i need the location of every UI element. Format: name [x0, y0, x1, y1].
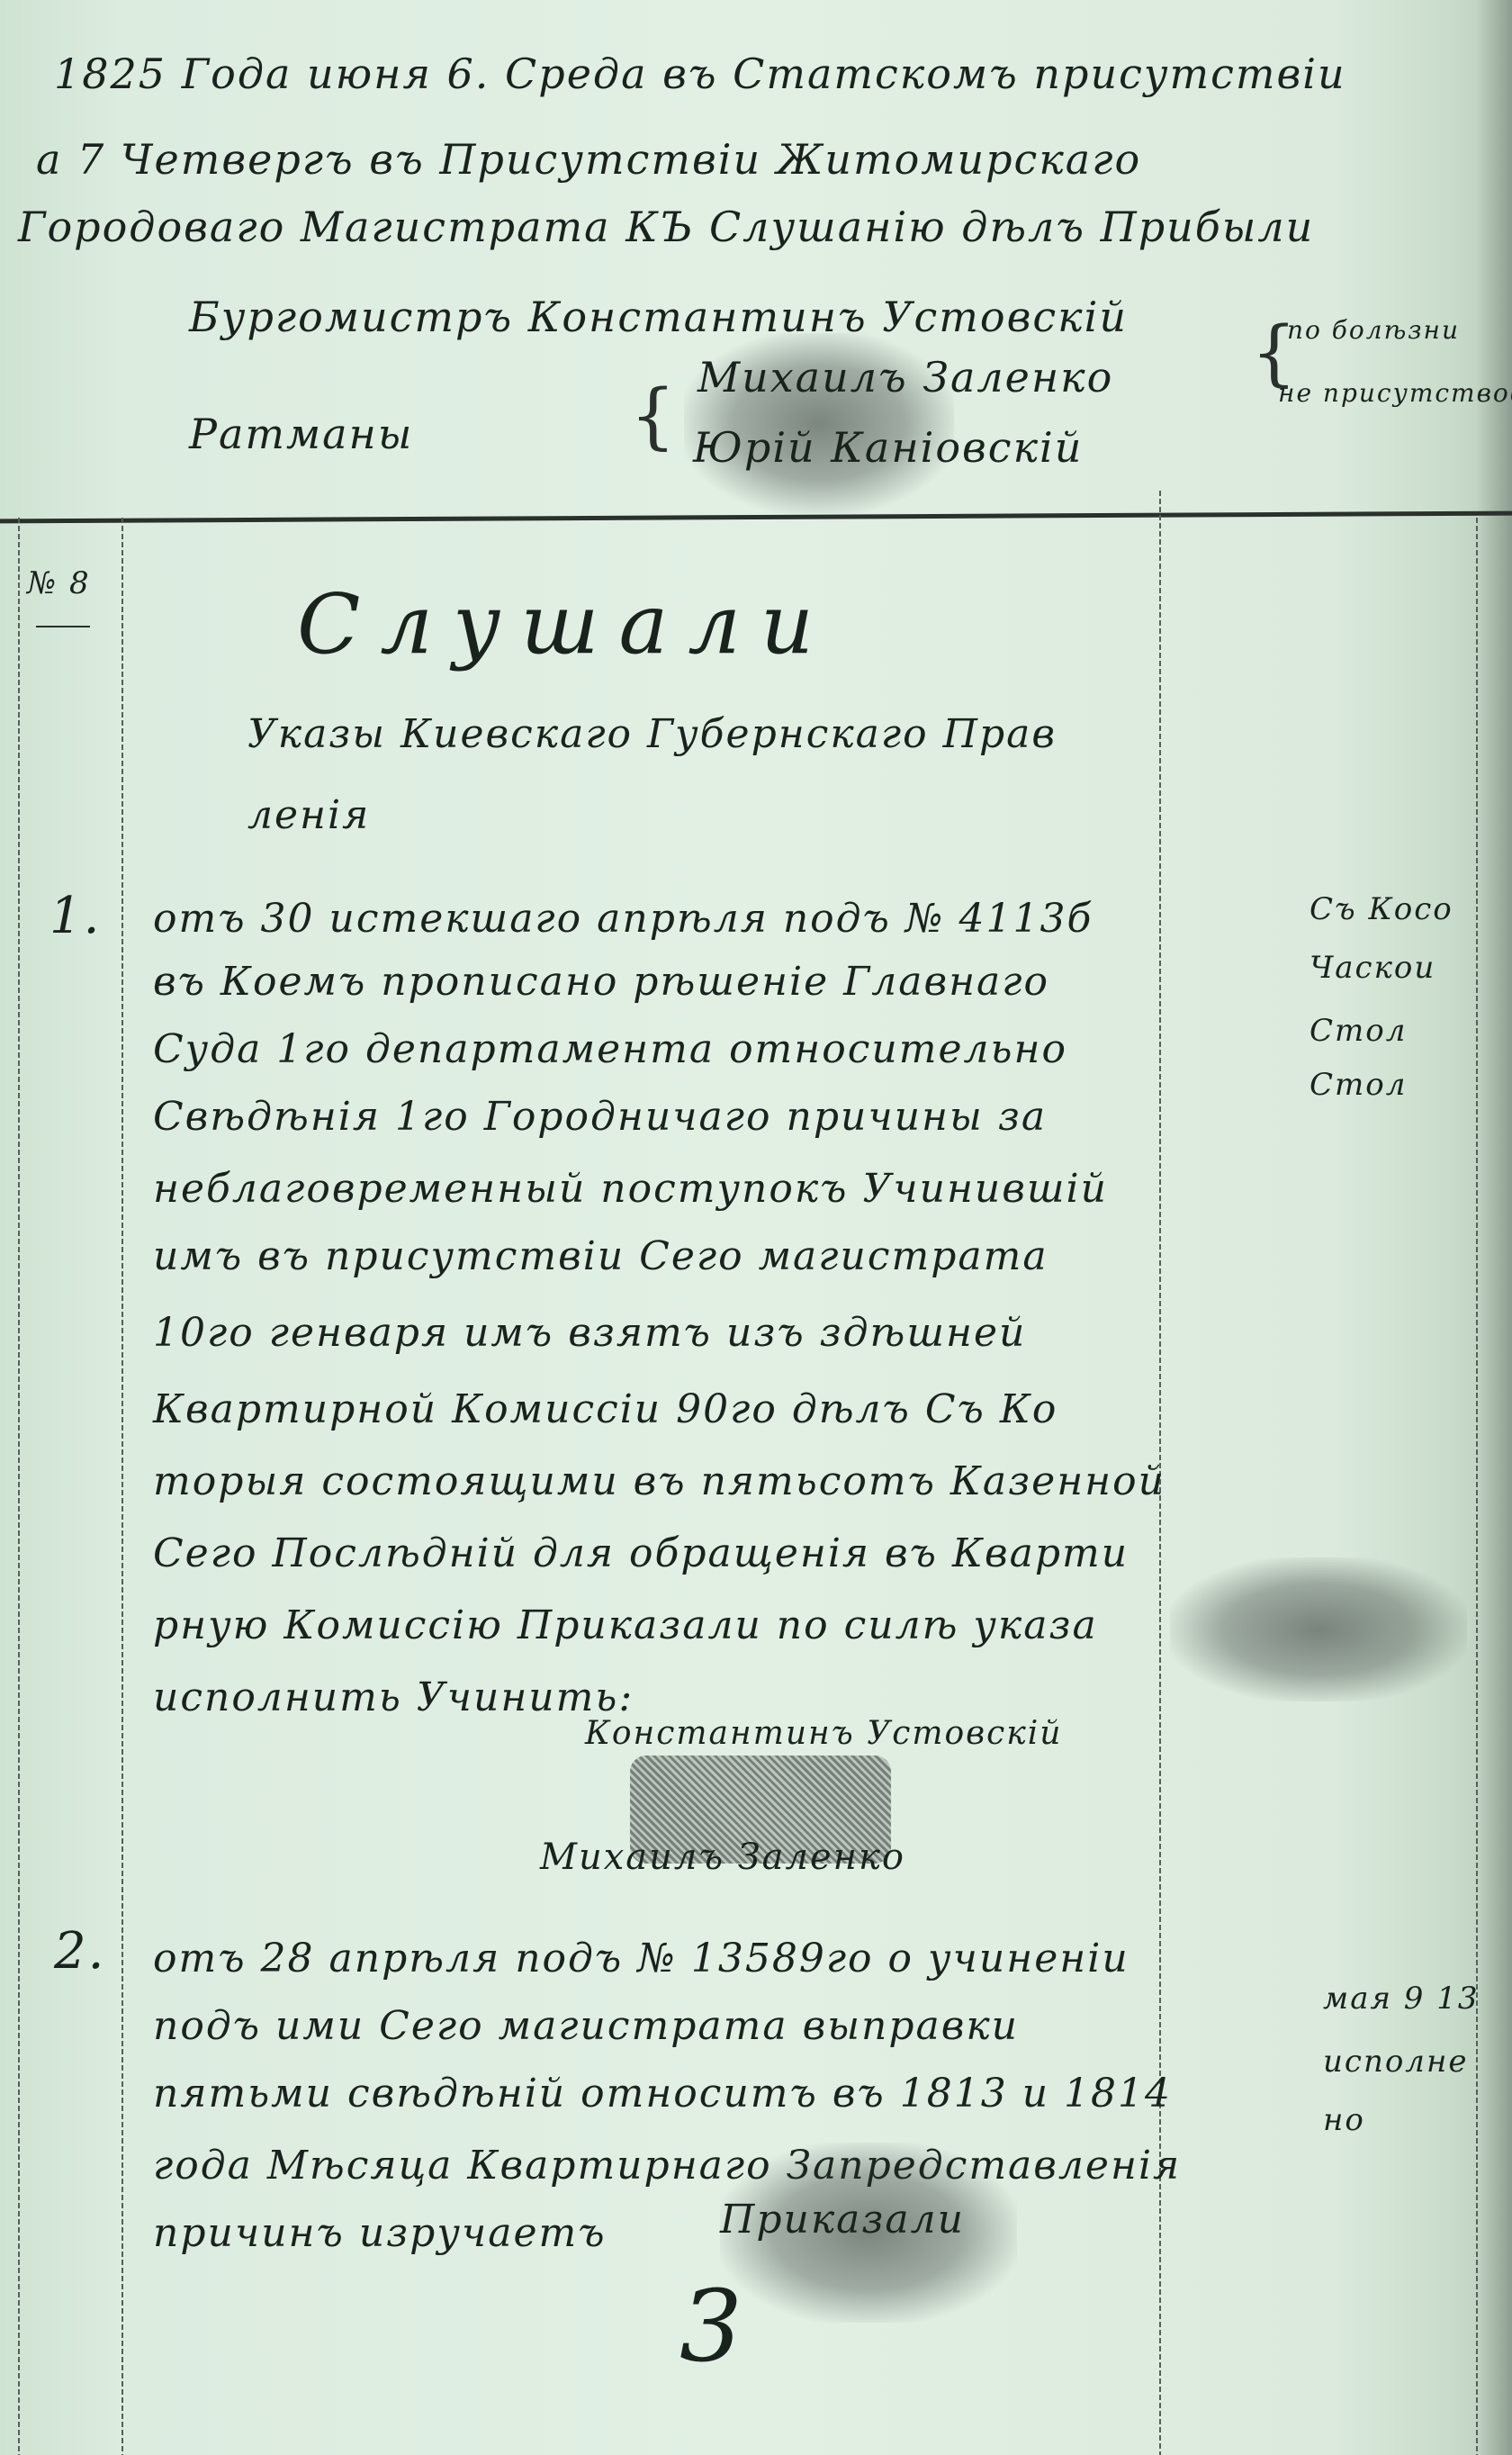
item-1-line: исполнить Учинить: — [153, 1674, 634, 1720]
item-1-line: 10го генваря имъ взятъ изъ здѣшней — [153, 1310, 1026, 1356]
left-brace: { — [630, 374, 678, 457]
item-1-line: Суда 1го департамента относительно — [153, 1026, 1067, 1072]
item-2-line: пятьми свѣдѣній относитъ въ 1813 и 1814 — [153, 2071, 1172, 2117]
entry-marker-underline — [36, 626, 90, 627]
section-title: Слушали — [297, 576, 833, 672]
item-2-margin-note: мая 9 13 — [1323, 1981, 1479, 2017]
header-line-1: 1825 Года июня 6. Среда въ Статскомъ при… — [54, 50, 1346, 98]
ratmans-label: Ратманы — [189, 410, 413, 458]
item-2-line: года Мѣсяца Квартирнаго Запредставленія — [153, 2143, 1181, 2189]
item-1-line: имъ въ присутствіи Сего магистрата — [153, 1233, 1048, 1279]
item-1-signature: Константинъ Устовскій — [585, 1715, 1063, 1752]
header-line-3: Городоваго Магистрата КЪ Слушанію дѣлъ П… — [18, 203, 1314, 251]
item-1-line: отъ 30 истекшаго апрѣля подъ № 4113б — [153, 896, 1093, 942]
item-1-line: рную Комиссію Приказали по силѣ указа — [153, 1602, 1098, 1648]
item-2-line: причинъ изручаетъ — [153, 2210, 607, 2256]
bracket-note-1: по болѣзни — [1287, 315, 1460, 345]
item-1-margin-note: Часкои — [1309, 950, 1435, 986]
bracket-note-2: не присутствовалъ — [1278, 378, 1512, 408]
item-2-margin-note: но — [1323, 2102, 1365, 2138]
page-edge-shadow — [1476, 0, 1512, 2455]
ink-stamp — [1170, 1557, 1467, 1701]
burgomaster-line: Бургомистръ Константинъ Устовскій — [189, 293, 1128, 341]
item-2-line: подъ ими Сего магистрата выправки — [153, 2003, 1019, 2049]
item-1-line: Квартирной Комиссіи 90го дѣлъ Съ Ко — [153, 1386, 1057, 1432]
column-rule-right — [1476, 518, 1478, 2455]
item-2-line: отъ 28 апрѣля подъ № 13589го о учиненіи — [153, 1936, 1129, 1981]
item-1-line: Сего Послѣдній для обращенія въ Кварти — [153, 1530, 1129, 1576]
subtitle-line-2: ленія — [247, 792, 370, 838]
item-1-line: торыя состоящими въ пятьсотъ Казенной — [153, 1458, 1165, 1504]
item-1-number: 1. — [49, 887, 101, 945]
folio-mark: 3 — [679, 2269, 744, 2384]
item-1-signature: Михаилъ Заленко — [540, 1837, 905, 1878]
subtitle-line-1: Указы Киевскаго Губернскаго Прав — [247, 711, 1057, 757]
item-1-line: Свѣдѣнія 1го Городничаго причины за — [153, 1094, 1047, 1140]
column-rule-left — [18, 518, 20, 2455]
header-line-2: а 7 Четвергъ въ Присутствіи Житомирскаго — [36, 135, 1141, 184]
entry-marker: № 8 — [27, 565, 91, 601]
ratman-2: Юрій Каніовскій — [693, 423, 1083, 472]
ratman-1: Михаилъ Заленко — [697, 353, 1113, 402]
item-1-margin-note: Стол — [1309, 1067, 1407, 1103]
item-2-margin-note: исполне — [1323, 2044, 1468, 2080]
item-1-margin-note: Стол — [1309, 1013, 1407, 1049]
item-1-line: неблаговременный поступокъ Учинившій — [153, 1166, 1108, 1212]
item-1-margin-note: Съ Косо — [1309, 891, 1453, 927]
item-1-line: въ Коемъ прописано рѣшеніе Главнаго — [153, 959, 1049, 1005]
column-rule-number — [121, 518, 123, 2455]
item-2-signature: Приказали — [720, 2197, 965, 2243]
item-2-number: 2. — [54, 1922, 105, 1981]
